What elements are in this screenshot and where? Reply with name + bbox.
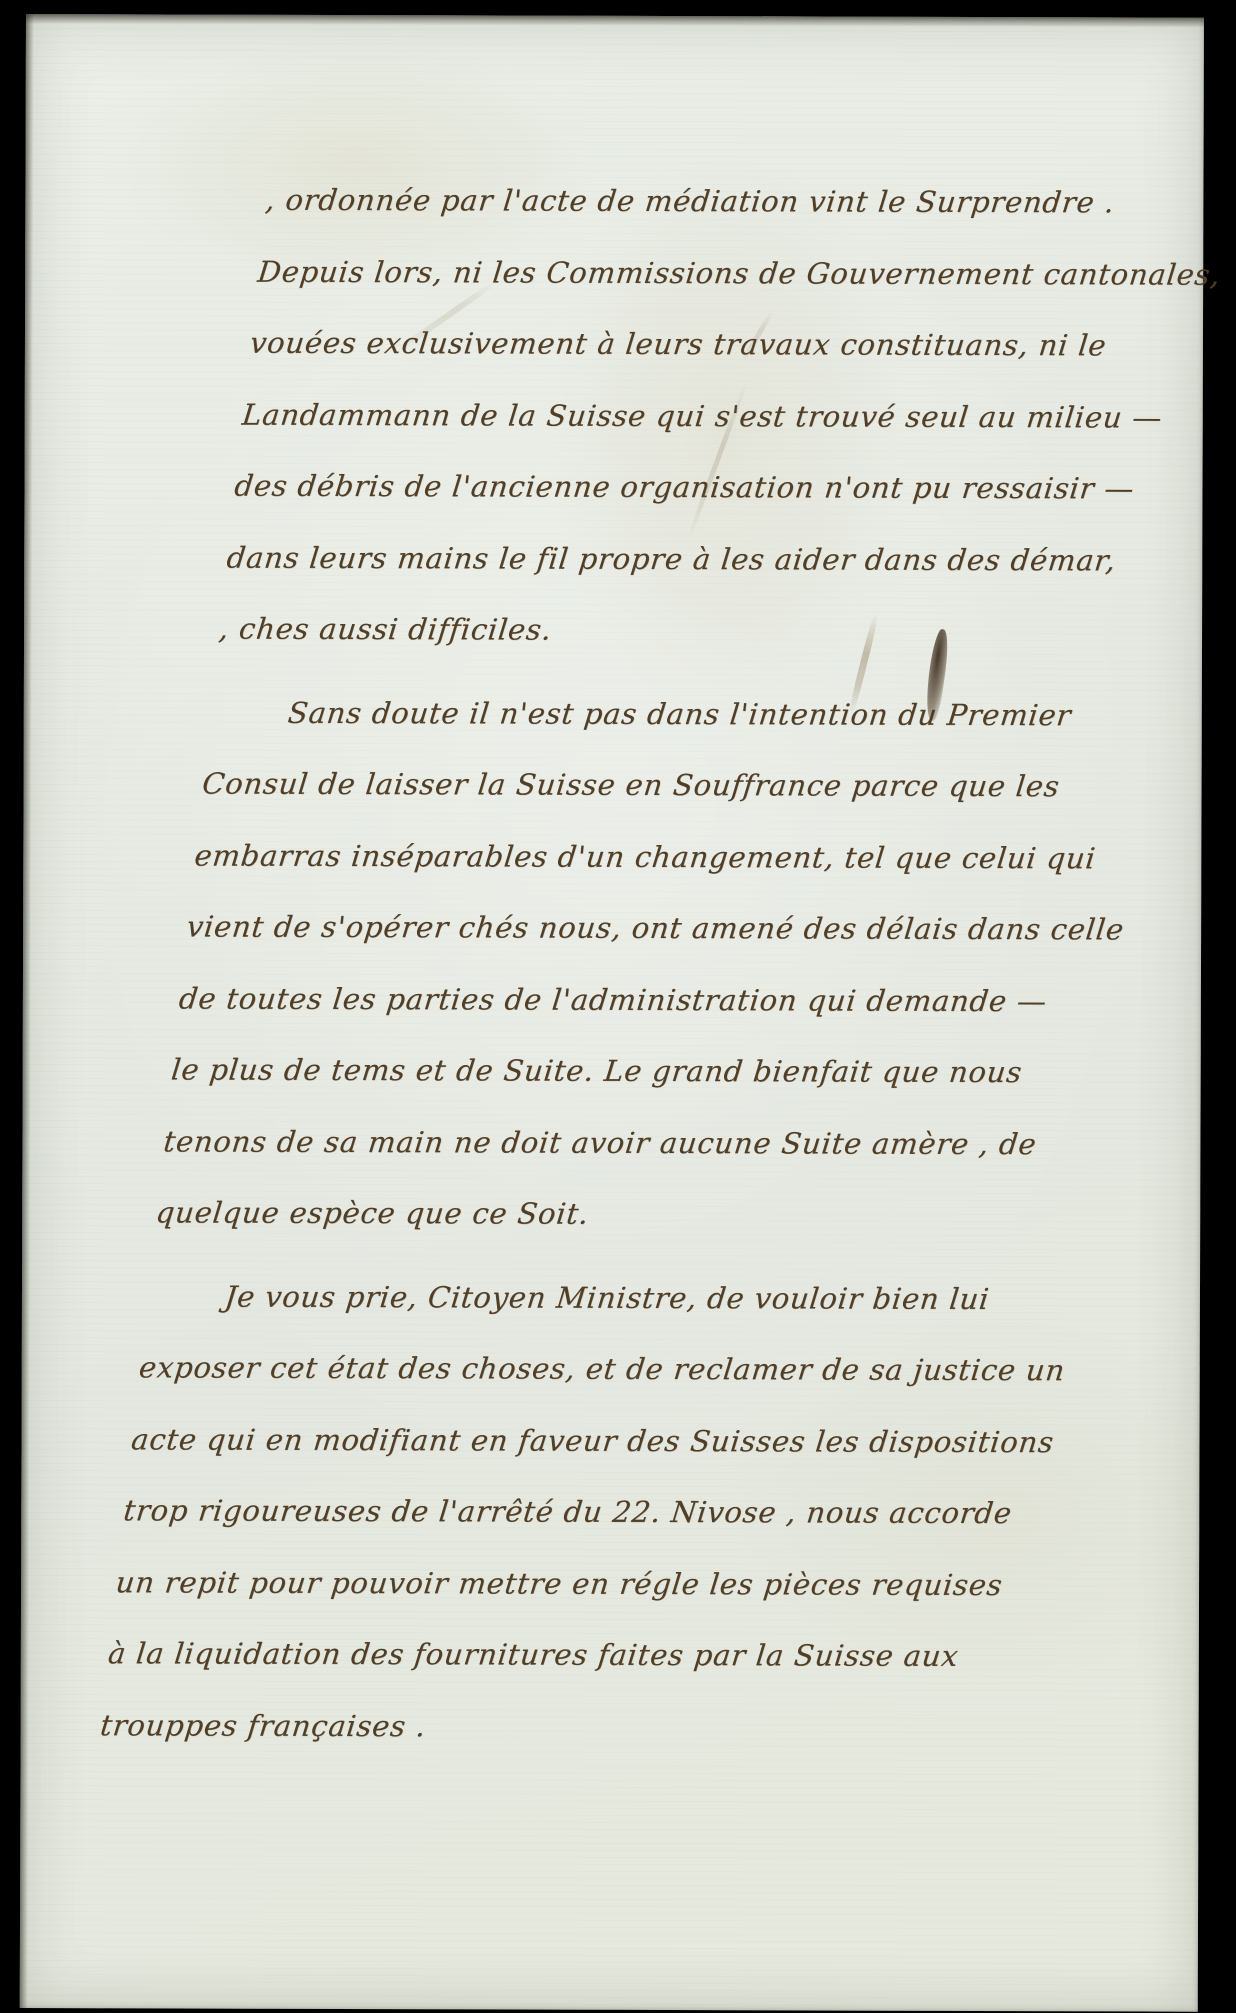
manuscript-line: vouées exclusivement à leurs travaux con… xyxy=(246,308,1134,382)
manuscript-line: Sans doute il n'est pas dans l'intention… xyxy=(206,677,1094,751)
manuscript-line: trop rigoureuses de l'arrêté du 22. Nivo… xyxy=(120,1475,1008,1549)
manuscript-line: Landammann de la Suisse qui s'est trouvé… xyxy=(238,379,1126,453)
manuscript-line: Je vous prie, Citoyen Ministre, de voulo… xyxy=(143,1261,1031,1335)
manuscript-line: Consul de laisser la Suisse en Souffranc… xyxy=(198,749,1086,823)
manuscript-line: vient de s'opérer chés nous, ont amené d… xyxy=(183,892,1071,966)
manuscript-line: , ches aussi difficiles. xyxy=(215,594,1103,668)
manuscript-line: exposer cet état des choses, et de recla… xyxy=(135,1332,1023,1406)
manuscript-line: à la liquidation des fournitures faites … xyxy=(104,1618,992,1692)
manuscript-line: quelque espèce que ce Soit. xyxy=(152,1177,1040,1251)
manuscript-line: un repit pour pouvoir mettre en régle le… xyxy=(112,1547,1000,1621)
paper-edge-shadow xyxy=(20,14,34,2008)
manuscript-line: embarras inséparables d'un changement, t… xyxy=(191,820,1079,894)
manuscript-line: tenons de sa main ne doit avoir aucune S… xyxy=(160,1106,1048,1180)
document-page: , ordonnée par l'acte de médiation vint … xyxy=(20,14,1204,2012)
manuscript-text-block: , ordonnée par l'acte de médiation vint … xyxy=(97,165,1150,1764)
paper-edge-shadow xyxy=(26,14,1204,28)
manuscript-line: de toutes les parties de l'administratio… xyxy=(175,963,1063,1037)
manuscript-line: Depuis lors, ni les Commissions de Gouve… xyxy=(254,236,1142,310)
manuscript-line: le plus de tems et de Suite. Le grand bi… xyxy=(168,1034,1056,1108)
manuscript-line: des débris de l'ancienne organisation n'… xyxy=(231,451,1119,525)
manuscript-line: dans leurs mains le fil propre à les aid… xyxy=(223,522,1111,596)
manuscript-line: trouppes françaises . xyxy=(97,1690,985,1764)
manuscript-line: , ordonnée par l'acte de médiation vint … xyxy=(262,165,1150,239)
manuscript-line: acte qui en modifiant en faveur des Suis… xyxy=(128,1404,1016,1478)
scan-background: , ordonnée par l'acte de médiation vint … xyxy=(0,0,1236,2013)
